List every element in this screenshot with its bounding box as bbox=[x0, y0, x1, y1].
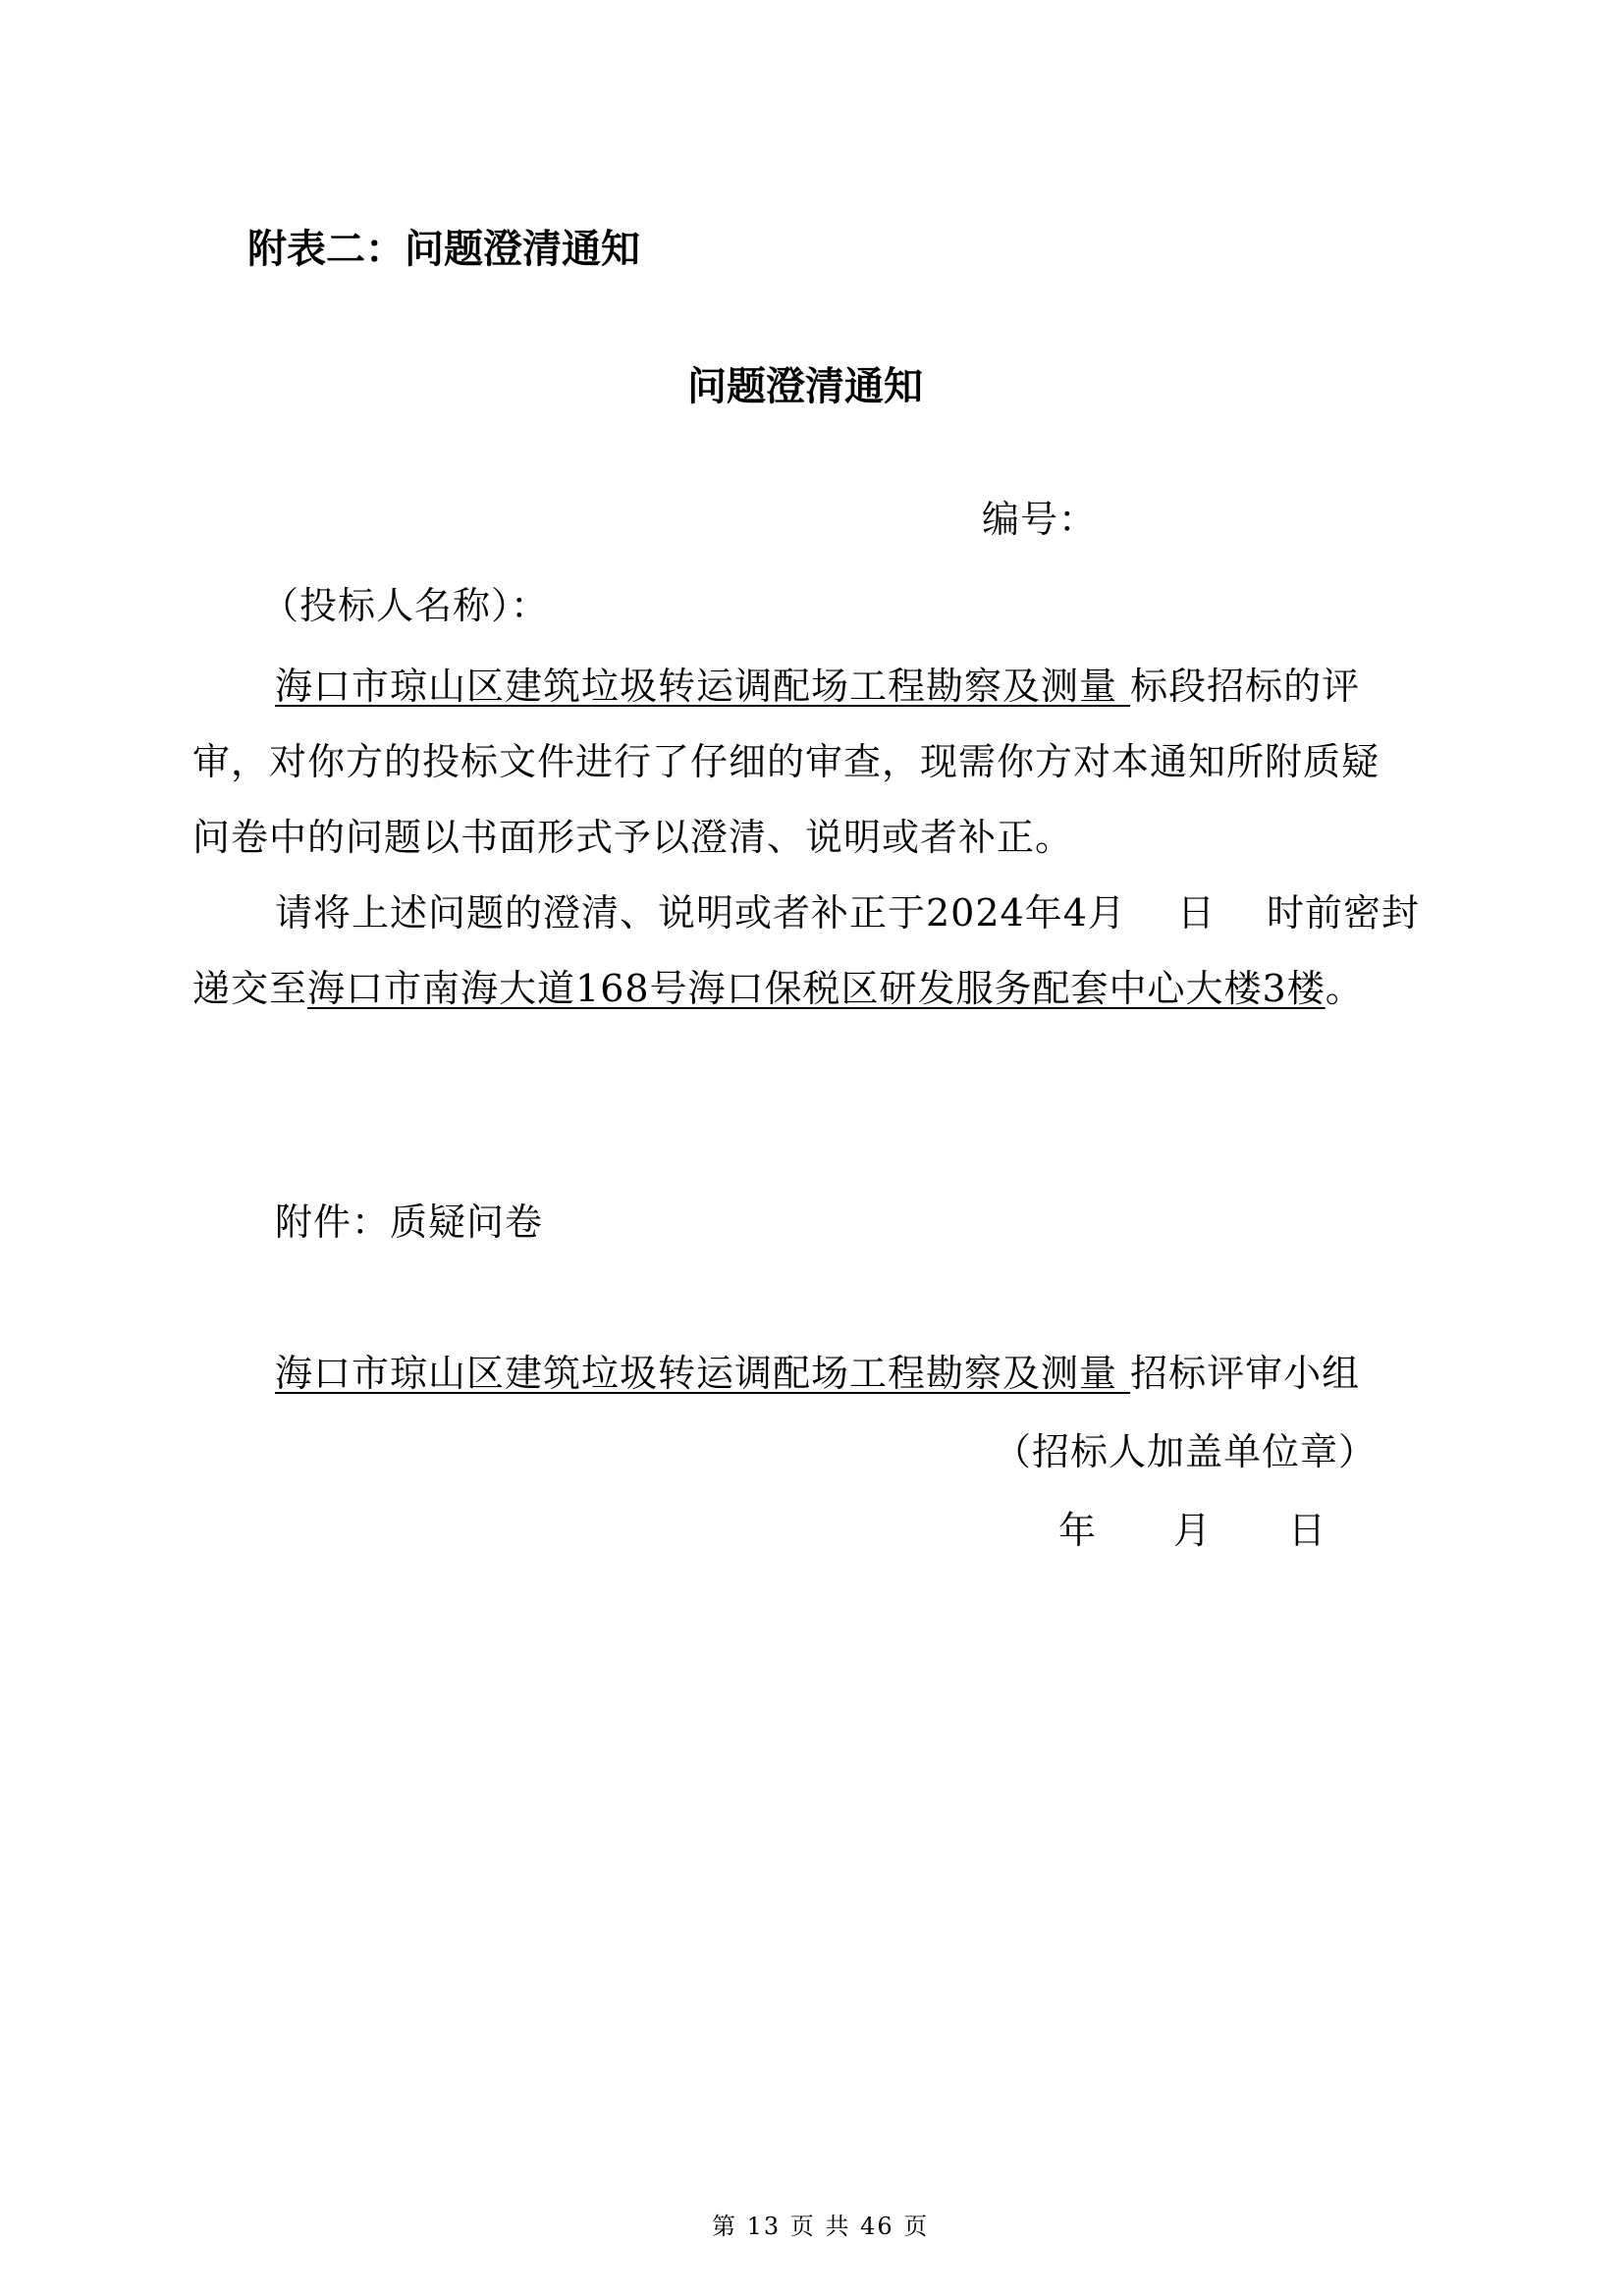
para2-line1: 请将上述问题的澄清、说明或者补正于2024年4月 日 时前密封 bbox=[275, 882, 1420, 936]
delivery-address: 海口市南海大道168号海口保税区研发服务配套中心大楼3楼 bbox=[307, 967, 1326, 1010]
para1-line1: 海口市琼山区建筑垃圾转运调配场工程勘察及测量 标段招标的评 bbox=[275, 656, 1360, 710]
attachment-label: 附件：质疑问卷 bbox=[275, 1192, 543, 1246]
deliver-suffix: 。 bbox=[1326, 967, 1364, 1010]
deliver-prefix: 递交至 bbox=[192, 967, 307, 1010]
appendix-heading: 附表二：问题澄清通知 bbox=[247, 218, 640, 274]
addressee: （投标人名称）： bbox=[261, 575, 549, 629]
signature-project-name: 海口市琼山区建筑垃圾转运调配场工程勘察及测量 bbox=[275, 1352, 1130, 1395]
para1-line1-rest: 标段招标的评 bbox=[1130, 665, 1360, 708]
date-line: 年 月 日 bbox=[1058, 1500, 1326, 1554]
project-name: 海口市琼山区建筑垃圾转运调配场工程勘察及测量 bbox=[275, 665, 1130, 708]
para1-line3: 问卷中的问题以书面形式予以澄清、说明或者补正。 bbox=[192, 807, 1073, 861]
para2-line2: 递交至海口市南海大道168号海口保税区研发服务配套中心大楼3楼。 bbox=[192, 958, 1364, 1012]
seal-note: （招标人加盖单位章） bbox=[994, 1421, 1377, 1475]
document-title: 问题澄清通知 bbox=[687, 355, 923, 411]
number-label: 编号： bbox=[982, 489, 1097, 543]
para1-line2: 审，对你方的投标文件进行了仔细的审查，现需你方对本通知所附质疑 bbox=[192, 731, 1380, 785]
signature-group: 招标评审小组 bbox=[1130, 1352, 1360, 1395]
page-footer: 第 13 页 共 46 页 bbox=[712, 2207, 929, 2241]
signature-line: 海口市琼山区建筑垃圾转运调配场工程勘察及测量 招标评审小组 bbox=[275, 1343, 1360, 1397]
